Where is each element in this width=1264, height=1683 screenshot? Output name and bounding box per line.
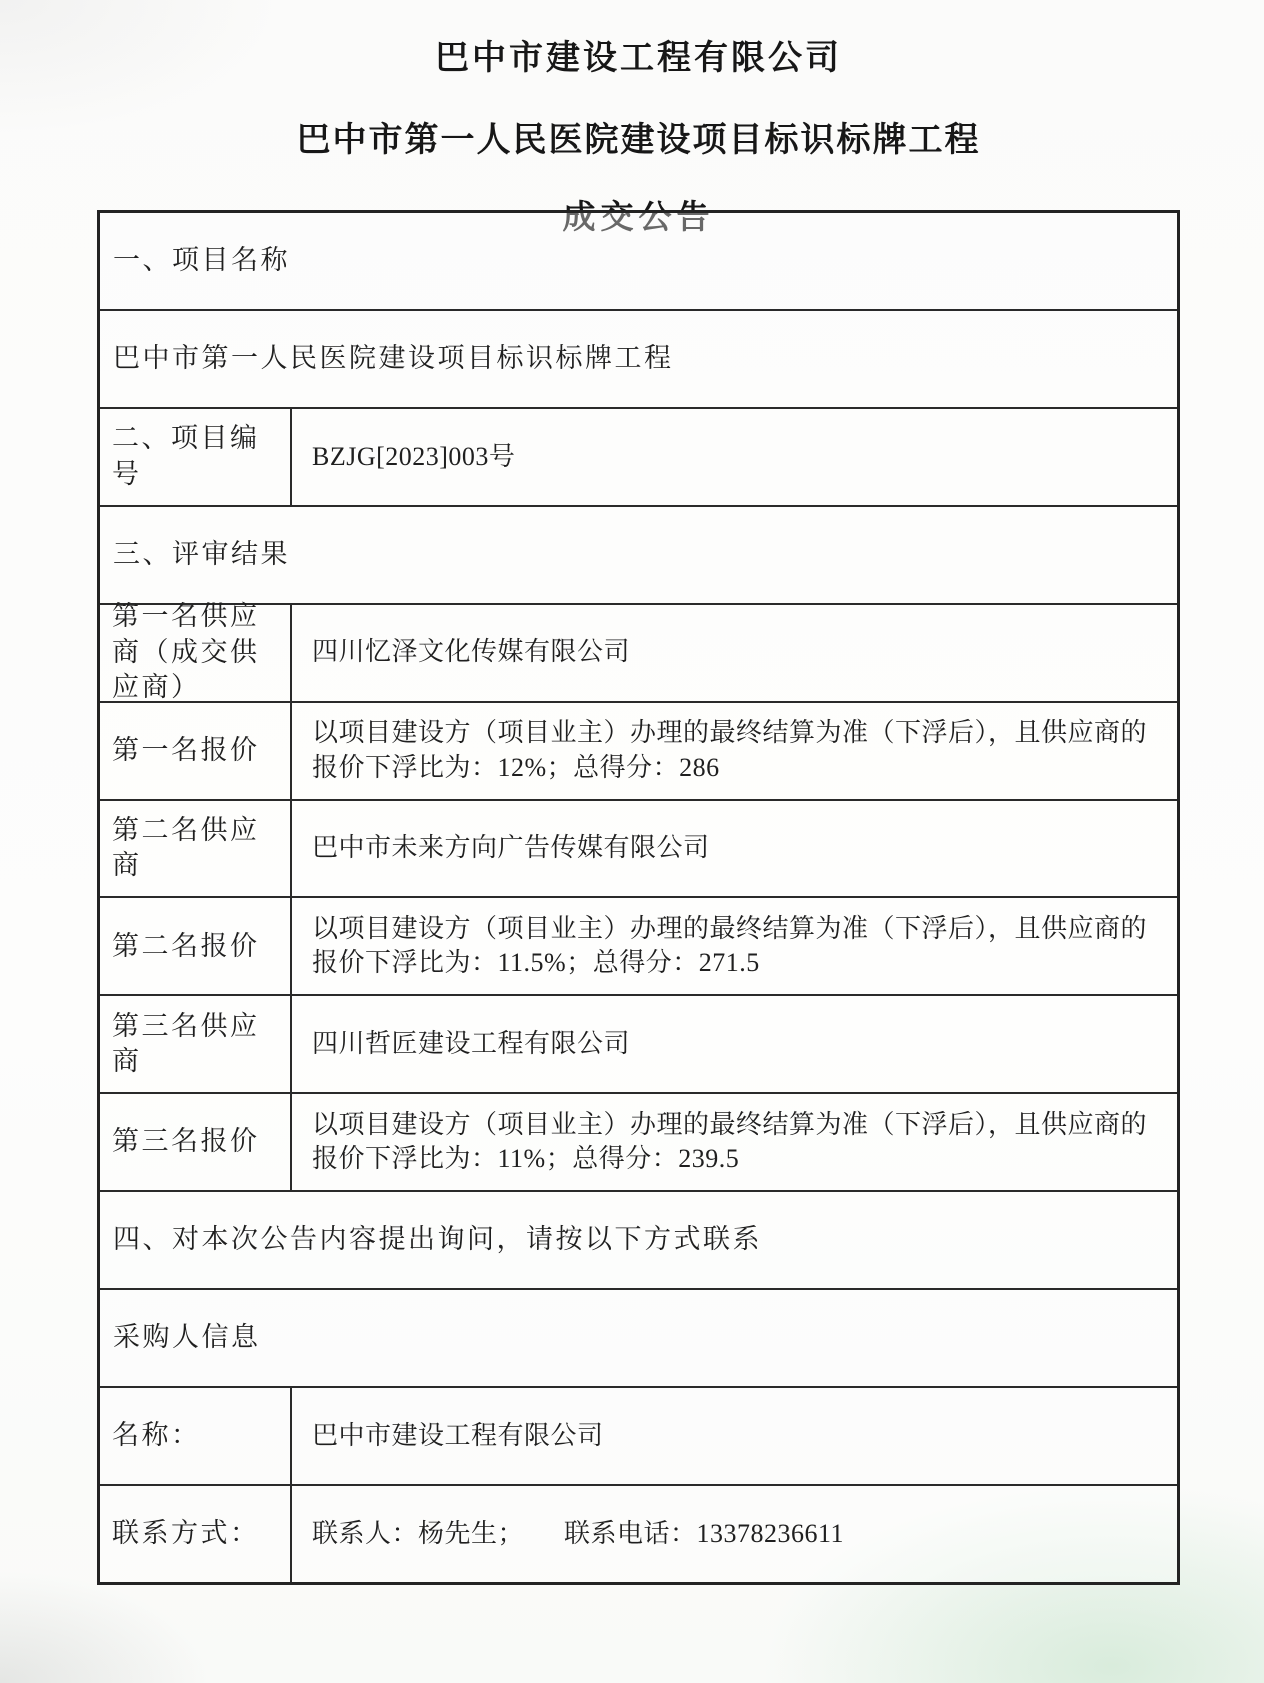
row-label: 名称： <box>100 1388 292 1484</box>
table-row-third-supplier: 第三名供应商 四川哲匠建设工程有限公司 <box>100 996 1177 1094</box>
row-label: 第三名供应商 <box>100 996 292 1092</box>
table-row-third-quote: 第三名报价 以项目建设方（项目业主）办理的最终结算为准（下浮后），且供应商的报价… <box>100 1094 1177 1192</box>
row-text: 四、对本次公告内容提出询问，请按以下方式联系 <box>100 1192 1177 1288</box>
document-page: 巴中市建设工程有限公司 巴中市第一人民医院建设项目标识标牌工程 成交公告 一、项… <box>0 0 1264 1683</box>
row-label: 联系方式： <box>100 1486 292 1582</box>
row-value: 四川忆泽文化传媒有限公司 <box>292 605 1177 701</box>
row-value: 以项目建设方（项目业主）办理的最终结算为准（下浮后），且供应商的报价下浮比为：1… <box>292 898 1177 994</box>
row-value: 四川哲匠建设工程有限公司 <box>292 996 1177 1092</box>
row-value: 联系人：杨先生； 联系电话：13378236611 <box>292 1486 1177 1582</box>
row-label: 第一名供应商（成交供应商） <box>100 605 292 701</box>
table-row-project-name-header: 一、项目名称 <box>100 213 1177 311</box>
table-row-second-supplier: 第二名供应商 巴中市未来方向广告传媒有限公司 <box>100 801 1177 899</box>
row-text: 三、评审结果 <box>100 507 1177 603</box>
row-value: BZJG[2023]003号 <box>292 409 1177 505</box>
row-value: 以项目建设方（项目业主）办理的最终结算为准（下浮后），且供应商的报价下浮比为：1… <box>292 1094 1177 1190</box>
table-row-review-results-header: 三、评审结果 <box>100 507 1177 605</box>
document-header: 巴中市建设工程有限公司 巴中市第一人民医院建设项目标识标牌工程 成交公告 <box>97 22 1180 238</box>
table-row-first-supplier: 第一名供应商（成交供应商） 四川忆泽文化传媒有限公司 <box>100 605 1177 703</box>
company-title: 巴中市建设工程有限公司 <box>97 30 1180 79</box>
row-value: 巴中市建设工程有限公司 <box>292 1388 1177 1484</box>
table-row-purchaser-info-header: 采购人信息 <box>100 1290 1177 1388</box>
row-label: 第二名报价 <box>100 898 292 994</box>
row-value: 以项目建设方（项目业主）办理的最终结算为准（下浮后），且供应商的报价下浮比为：1… <box>292 703 1177 799</box>
row-value: 巴中市未来方向广告传媒有限公司 <box>292 801 1177 897</box>
announcement-table: 一、项目名称 巴中市第一人民医院建设项目标识标牌工程 二、项目编号 BZJG[2… <box>97 210 1180 1585</box>
row-label: 第一名报价 <box>100 703 292 799</box>
table-row-project-name-value: 巴中市第一人民医院建设项目标识标牌工程 <box>100 311 1177 409</box>
row-label: 第三名报价 <box>100 1094 292 1190</box>
project-title: 巴中市第一人民医院建设项目标识标牌工程 <box>97 112 1180 161</box>
row-text: 一、项目名称 <box>100 213 1177 309</box>
row-label: 二、项目编号 <box>100 409 292 505</box>
row-text: 采购人信息 <box>100 1290 1177 1386</box>
row-text: 巴中市第一人民医院建设项目标识标牌工程 <box>100 311 1177 407</box>
table-row-inquiry-header: 四、对本次公告内容提出询问，请按以下方式联系 <box>100 1192 1177 1290</box>
table-row-purchaser-name: 名称： 巴中市建设工程有限公司 <box>100 1388 1177 1486</box>
row-label: 第二名供应商 <box>100 801 292 897</box>
table-row-project-number: 二、项目编号 BZJG[2023]003号 <box>100 409 1177 507</box>
table-row-contact-info: 联系方式： 联系人：杨先生； 联系电话：13378236611 <box>100 1486 1177 1582</box>
table-row-first-quote: 第一名报价 以项目建设方（项目业主）办理的最终结算为准（下浮后），且供应商的报价… <box>100 703 1177 801</box>
table-row-second-quote: 第二名报价 以项目建设方（项目业主）办理的最终结算为准（下浮后），且供应商的报价… <box>100 898 1177 996</box>
